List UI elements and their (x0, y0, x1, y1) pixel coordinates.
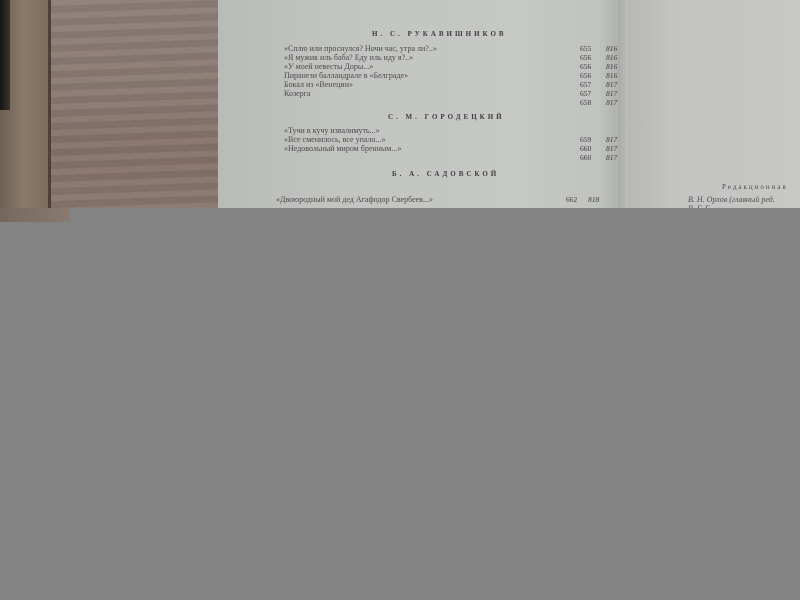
wood-corner (0, 208, 70, 222)
entry-title: «Недовольный миром бренным...» (284, 144, 401, 153)
entry-note-page: 816 (606, 71, 617, 80)
entry-title: «У моей невесты Доры...» (284, 62, 373, 71)
entry-page: 655 (580, 44, 591, 53)
entry-note-page: 817 (606, 144, 617, 153)
entry-title: Козерга (284, 89, 310, 98)
entry-note-page: 817 (606, 89, 617, 98)
entry-title: «Я мужик иль баба? Еду иль иду я?..» (284, 53, 413, 62)
entry-page: 660 (580, 153, 591, 162)
entry-title: Пиранези балландрале в «Белграде» (284, 71, 408, 80)
entry-note-page: 817 (606, 98, 617, 107)
editorial-board-heading: Редакционная (722, 183, 788, 191)
section-author: Н. С. РУКАВИШНИКОВ (372, 30, 507, 38)
entry-page: 657 (580, 89, 591, 98)
entry-page: 657 (580, 80, 591, 89)
section-author: Б. А. САДОВСКОЙ (392, 170, 499, 178)
wood-groove (48, 0, 51, 208)
entry-title: «Все сменилось, все упало...» (284, 135, 385, 144)
entry-note-page: 816 (606, 62, 617, 71)
entry-note-page: 817 (606, 80, 617, 89)
book-photo: Н. С. РУКАВИШНИКОВ «Сплю или проснулся? … (0, 0, 800, 208)
entry-page: 659 (580, 135, 591, 144)
entry-page: 658 (580, 98, 591, 107)
entry-title: «Тучи в кучу извалимуть...» (284, 126, 380, 135)
entry-title: «Двоюродный мой дед Агафодор Свербеев...… (276, 195, 433, 204)
book-page-right (618, 0, 800, 208)
dark-background (0, 0, 10, 110)
entry-note-page: 816 (606, 53, 617, 62)
entry-page: 656 (580, 71, 591, 80)
entry-title: Бокал из «Венеции» (284, 80, 353, 89)
section-author: С. М. ГОРОДЕЦКИЙ (388, 113, 505, 121)
entry-page: 662 (566, 195, 577, 204)
entry-page: 660 (580, 144, 591, 153)
entry-note-page: 817 (606, 135, 617, 144)
editor-line: В. Н. Орлов (главный ред. (688, 195, 775, 204)
entry-note-page: 816 (606, 44, 617, 53)
entry-note-page: 817 (606, 153, 617, 162)
gray-overlay (0, 208, 800, 600)
entry-note-page: 818 (588, 195, 599, 204)
entry-page: 656 (580, 53, 591, 62)
wood-surface (51, 0, 231, 208)
entry-title: «Сплю или проснулся? Ночи час, утра ли?.… (284, 44, 437, 53)
entry-page: 656 (580, 62, 591, 71)
